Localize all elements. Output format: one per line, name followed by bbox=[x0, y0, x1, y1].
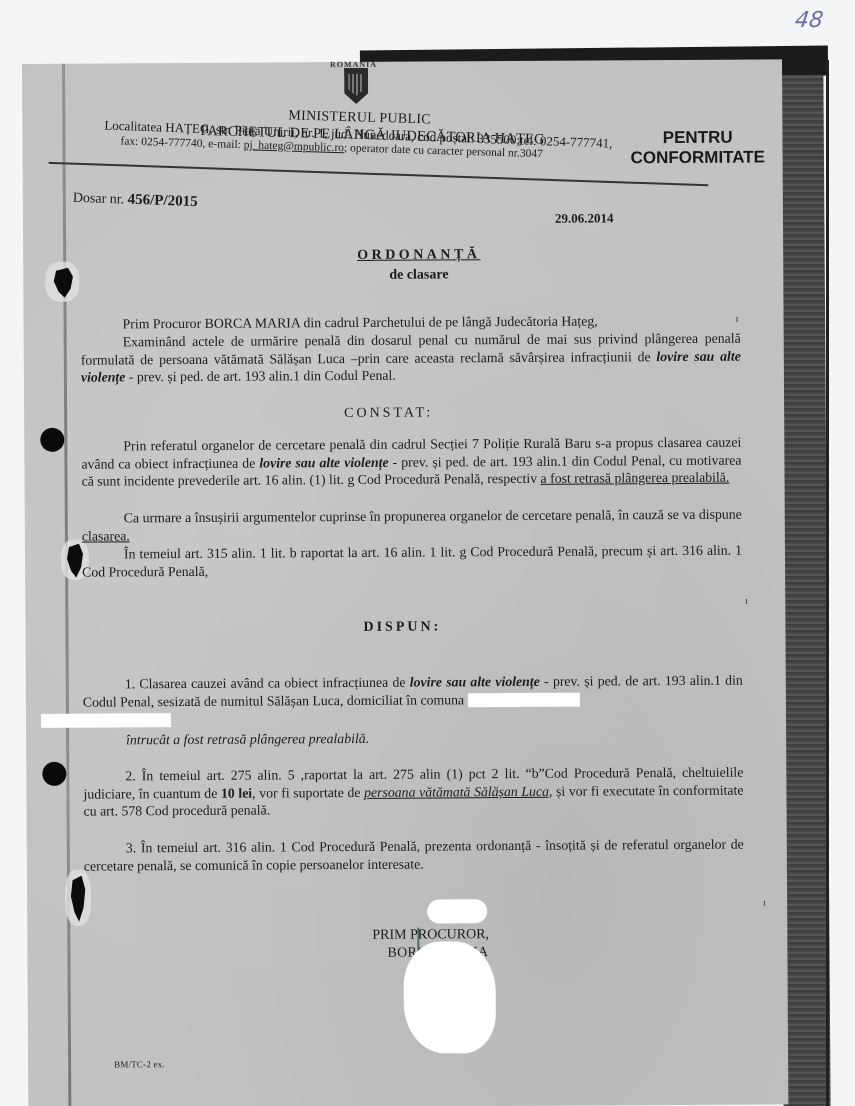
section-heading-constat: CONSTAT: bbox=[344, 405, 433, 422]
constat-paragraph: Ca urmare a însușirii argumentelor cupri… bbox=[82, 506, 742, 545]
cost-amount: 10 lei bbox=[221, 785, 252, 800]
footer-reference: BM/TC-2 ex. bbox=[114, 1059, 165, 1069]
redaction-block bbox=[41, 713, 171, 728]
offense-name: lovire sau alte violențe bbox=[410, 674, 540, 690]
file-number: Dosar nr. 456/P/2015 bbox=[73, 190, 198, 211]
document-date: 29.06.2014 bbox=[555, 210, 614, 226]
reason-text: a fost retrasă plângerea prealabilă. bbox=[540, 470, 729, 486]
punch-hole bbox=[42, 762, 66, 786]
file-number-value: 456/P/2015 bbox=[127, 192, 198, 210]
signature-stroke bbox=[417, 928, 419, 950]
signature-redaction bbox=[403, 941, 496, 1054]
document-title: ORDONANȚĂ bbox=[357, 247, 480, 264]
stamp-line: PENTRU bbox=[630, 127, 765, 148]
constat-paragraph: În temeiul art. 315 alin. 1 lit. b rapor… bbox=[82, 542, 742, 581]
order-item-1: 1. Clasarea cauzei având ca obiect infra… bbox=[83, 672, 743, 729]
order-item-1-reason: întrucât a fost retrasă plângerea preala… bbox=[126, 728, 726, 749]
order-item-3: 3. În temeiul art. 316 alin. 1 Cod Proce… bbox=[84, 836, 744, 875]
scan-mark: ı bbox=[736, 314, 739, 325]
scanned-document-page: ROMANIA MINISTERUL PUBLIC PARCHETUL DE P… bbox=[22, 59, 788, 1106]
stamp-line: CONFORMITATE bbox=[631, 147, 766, 168]
decision-text: clasarea. bbox=[82, 528, 130, 543]
text-run: 1. Clasarea cauzei având ca obiect infra… bbox=[125, 675, 410, 692]
redaction-block bbox=[427, 899, 487, 923]
fold-line bbox=[62, 64, 71, 1106]
handwritten-folio-number: 48 bbox=[793, 8, 825, 33]
text-run: , vor fi suportate de bbox=[252, 784, 364, 800]
text-run: Examinând actele de urmărire penală din … bbox=[81, 331, 741, 368]
punch-hole bbox=[40, 428, 64, 452]
document-subtitle: de clasare bbox=[389, 267, 448, 283]
crest-caption: ROMANIA bbox=[330, 60, 377, 69]
scan-mark: ı bbox=[745, 596, 748, 607]
email-link[interactable]: pj_hateg@mpublic.ro bbox=[244, 139, 345, 154]
header-divider bbox=[49, 162, 709, 186]
fax-text: fax: 0254-777740, e-mail: bbox=[120, 135, 244, 151]
liable-party: persoana vătămată Sălășan Luca, bbox=[364, 783, 552, 799]
section-heading-dispun: DISPUN: bbox=[363, 619, 441, 635]
offense-name: lovire sau alte violențe bbox=[259, 454, 388, 470]
conformity-stamp: PENTRU CONFORMITATE bbox=[630, 127, 765, 168]
reason-text: întrucât a fost retrasă plângerea preala… bbox=[126, 731, 369, 747]
constat-paragraph: Prin referatul organelor de cercetare pe… bbox=[81, 434, 741, 491]
signature-title: PRIM PROCUROR, bbox=[372, 927, 489, 944]
intro-paragraph: Examinând actele de urmărire penală din … bbox=[81, 330, 741, 387]
scan-mark: ı bbox=[763, 897, 766, 908]
redaction-block bbox=[468, 693, 580, 708]
order-item-2: 2. În temeiul art. 275 alin. 5 ,raportat… bbox=[83, 764, 743, 821]
text-run: - prev. și ped. de art. 193 alin.1 din C… bbox=[125, 368, 395, 385]
text-run: Ca urmare a însușirii argumentelor cupri… bbox=[124, 507, 742, 526]
file-number-label: Dosar nr. bbox=[73, 191, 125, 208]
scanner-edge-line bbox=[826, 60, 829, 1106]
